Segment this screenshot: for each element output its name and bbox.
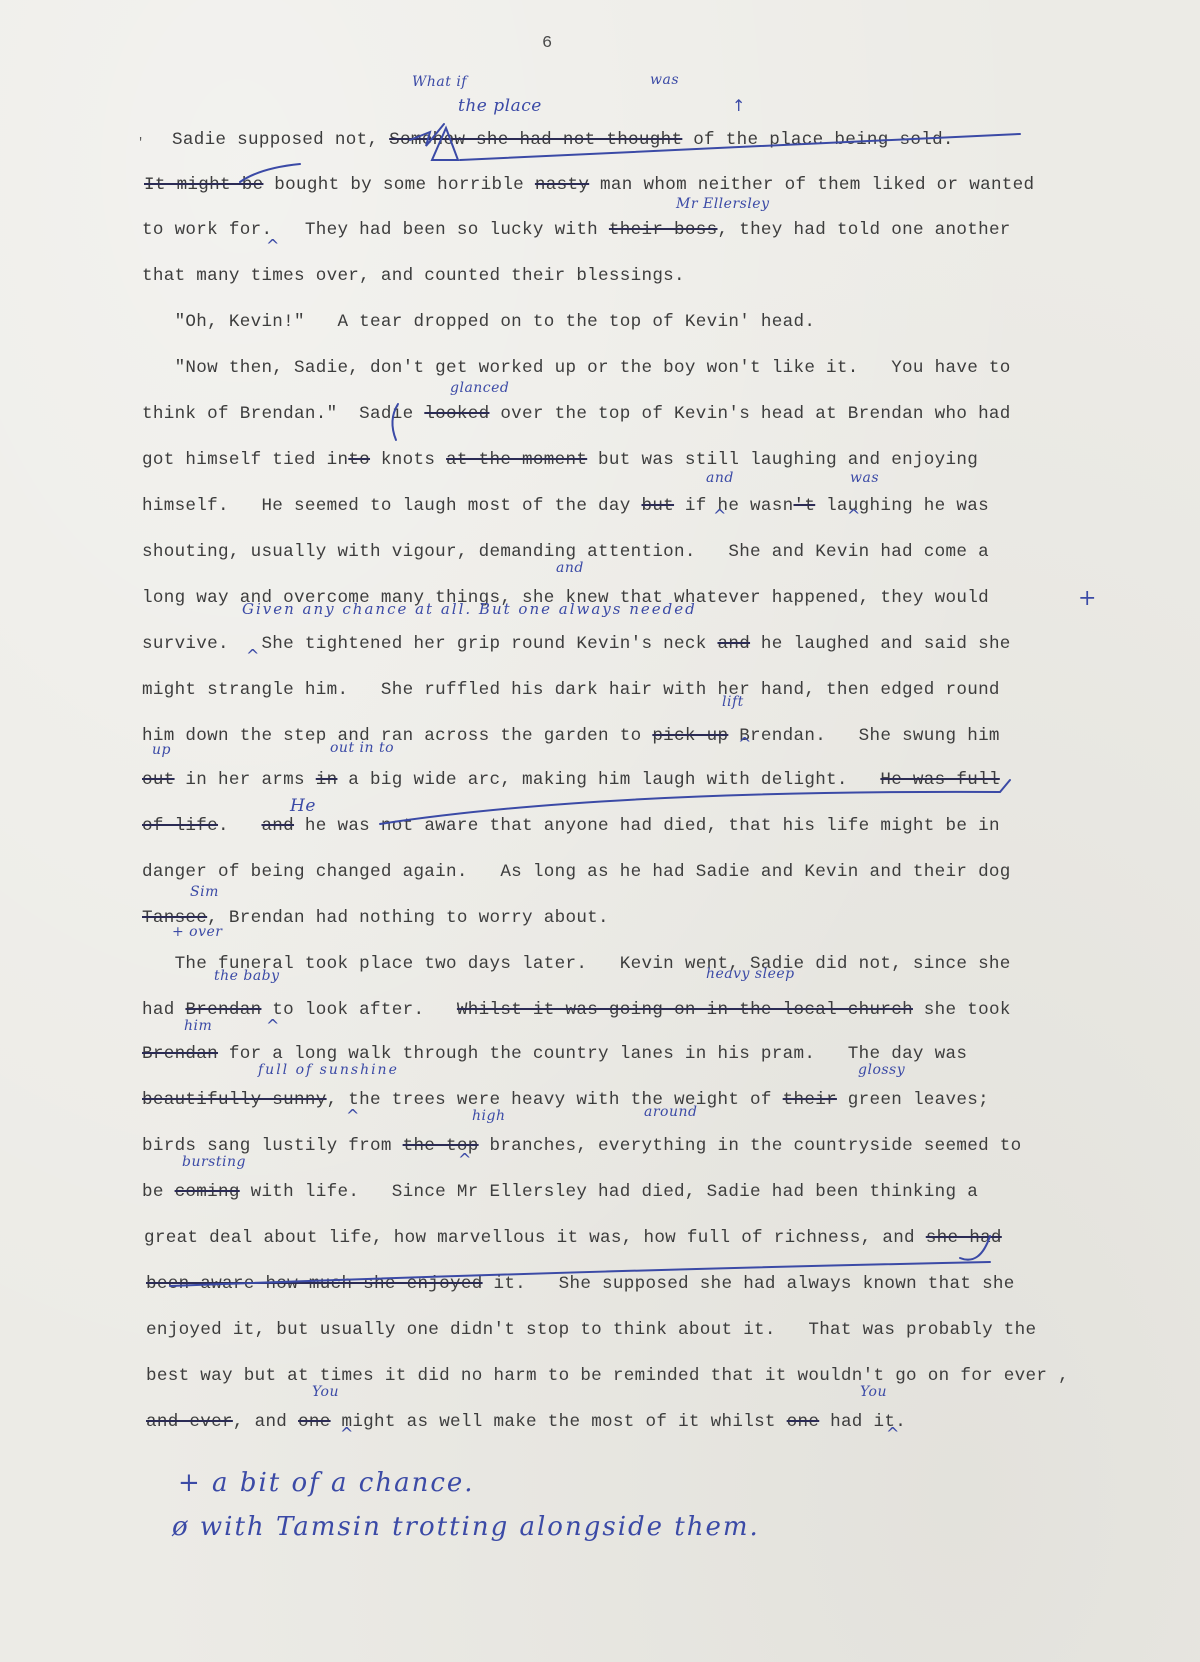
struck-text: one: [787, 1412, 820, 1432]
typed-text: "Now then, Sadie, don't get worked up or…: [142, 358, 1011, 378]
caret-icon: ^: [266, 236, 279, 255]
typed-text: be: [142, 1182, 175, 1202]
annotation-glossy: glossy: [858, 1062, 905, 1078]
typed-line: himself. He seemed to laugh most of the …: [142, 496, 989, 516]
struck-text: out: [142, 770, 175, 790]
typed-line: him down the step and ran across the gar…: [142, 726, 1000, 746]
typed-text: if he wasn: [674, 496, 793, 516]
typed-line: and ever, and one might as well make the…: [146, 1412, 906, 1432]
footnote-tamsin: ø with Tamsin trotting alongside them.: [172, 1512, 760, 1542]
typed-line: be coming with life. Since Mr Ellersley …: [142, 1182, 978, 1202]
caret-icon: ↑: [732, 96, 745, 115]
typed-text: birds sang lustily from: [142, 1136, 403, 1156]
struck-text: 't: [794, 496, 816, 516]
typed-text: for a long walk through the country lane…: [218, 1044, 967, 1064]
annotation-heavy-sleep: heavy sleep: [706, 966, 795, 982]
struck-text: in: [316, 770, 338, 790]
typed-text: might strangle him. She ruffled his dark…: [142, 680, 1000, 700]
caret-icon: ^: [266, 1016, 279, 1035]
caret-icon: ^: [246, 646, 259, 665]
typed-line: enjoyed it, but usually one didn't stop …: [146, 1320, 1036, 1340]
struck-text: and: [261, 816, 294, 836]
annotation-was-1: was: [850, 470, 879, 486]
typed-line: might strangle him. She ruffled his dark…: [142, 680, 1000, 700]
typed-text: think of Brendan." Sadie: [142, 404, 424, 424]
annotation-around: around: [644, 1104, 697, 1120]
struck-text: He was full: [880, 770, 999, 790]
typed-text: it. She supposed she had always known th…: [483, 1274, 1015, 1294]
annotation-what-if: What if: [412, 74, 467, 90]
typed-line: Sadie supposed not, Somehow she had not …: [172, 130, 954, 150]
annotation-you-2: You: [860, 1384, 887, 1400]
typed-line: great deal about life, how marvellous it…: [144, 1228, 1002, 1248]
typed-text: got himself tied in: [142, 450, 348, 470]
typed-text: with life. Since Mr Ellersley had died, …: [240, 1182, 978, 1202]
typed-text: he was not aware that anyone had died, t…: [294, 816, 1000, 836]
annotation-plus-1: +: [1078, 586, 1097, 611]
annotation-the-baby: the baby: [214, 968, 280, 984]
typed-text: in her arms: [175, 770, 316, 790]
annotation-you-1: You: [312, 1384, 339, 1400]
page-number: 6: [542, 34, 552, 53]
struck-text: Somehow she had not thought: [389, 130, 682, 150]
typed-line: birds sang lustily from the top branches…: [142, 1136, 1022, 1156]
annotation-lift: lift: [722, 694, 744, 710]
annotation-out-in-to: out in to: [330, 740, 394, 756]
struck-text: Brendan: [185, 1000, 261, 1020]
typed-text: shouting, usually with vigour, demanding…: [142, 542, 989, 562]
typed-text: branches, everything in the countryside …: [479, 1136, 1022, 1156]
typed-text: bought by some horrible: [263, 175, 534, 195]
typed-text: might as well make the most of it whilst: [331, 1412, 787, 1432]
annotation-high: high: [472, 1108, 505, 1124]
typed-line: shouting, usually with vigour, demanding…: [142, 542, 989, 562]
struck-text: Brendan: [142, 1044, 218, 1064]
margin-tick: ': [137, 136, 144, 150]
struck-text: at the moment: [446, 450, 587, 470]
typed-line: think of Brendan." Sadie looked over the…: [142, 404, 1011, 424]
typed-text: knots: [370, 450, 446, 470]
typed-text: ,: [367, 130, 389, 150]
typed-text: enjoyed it, but usually one didn't stop …: [146, 1320, 1036, 1340]
annotation-glanced: glanced: [450, 380, 509, 396]
annotation-plus-over: + over: [172, 924, 223, 940]
typed-text: but was still laughing and enjoying: [587, 450, 978, 470]
typed-text: survive. She tightened her grip round Ke…: [142, 634, 717, 654]
caret-icon: ^: [340, 1424, 353, 1443]
struck-text: pick up: [652, 726, 728, 746]
struck-text: been aware how much she enjoyed: [146, 1274, 483, 1294]
typed-line: survive. She tightened her grip round Ke…: [142, 634, 1011, 654]
annotation-up: up: [152, 742, 171, 758]
annotation-mr-ellersley: Mr Ellersley: [676, 196, 770, 212]
struck-text: looked: [424, 404, 489, 424]
caret-icon: ^: [713, 506, 726, 525]
typed-text: .: [218, 816, 261, 836]
struck-text: coming: [175, 1182, 240, 1202]
typed-line: "Oh, Kevin!" A tear dropped on to the to…: [142, 312, 815, 332]
typed-text: , Brendan had nothing to worry about.: [207, 908, 609, 928]
annotation-bursting: bursting: [182, 1154, 246, 1170]
typed-text: a big wide arc, making him laugh with de…: [337, 770, 880, 790]
struck-text: she had: [926, 1228, 1002, 1248]
struck-text: It might be: [144, 175, 263, 195]
typed-text: danger of being changed again. As long a…: [142, 862, 1011, 882]
typed-text: best way but at times it did no harm to …: [146, 1366, 1069, 1386]
typed-line: been aware how much she enjoyed it. She …: [146, 1274, 1015, 1294]
manuscript-page: 6 ' Sadie supposed not, Somehow she had …: [0, 0, 1200, 1662]
typed-text: , the trees were heavy with the weight o…: [327, 1090, 783, 1110]
typed-text: "Oh, Kevin!" A tear dropped on to the to…: [142, 312, 815, 332]
annotation-the-place: the place: [458, 96, 542, 116]
typed-text: Brendan. She swung him: [728, 726, 999, 746]
typed-text: him down the step and ran across the gar…: [142, 726, 652, 746]
typed-line: got himself tied into knots at the momen…: [142, 450, 978, 470]
typed-line: It might be bought by some horrible nast…: [144, 175, 1034, 195]
typed-text: had: [142, 1000, 185, 1020]
caret-icon: ^: [458, 1150, 471, 1169]
typed-line: danger of being changed again. As long a…: [142, 862, 1011, 882]
typed-text: , and: [233, 1412, 298, 1432]
typed-text: to work for. They had been so lucky with: [142, 220, 609, 240]
typed-text: she took: [913, 1000, 1011, 1020]
typed-line: best way but at times it did no harm to …: [146, 1366, 1069, 1386]
caret-icon: ^: [346, 1106, 359, 1125]
typed-line: out in her arms in a big wide arc, makin…: [142, 770, 1000, 790]
caret-icon: ^: [738, 734, 751, 753]
struck-text: their boss: [609, 220, 718, 240]
typed-line: of life. and he was not aware that anyon…: [142, 816, 1000, 836]
annotation-full-of-sunshine: full of sunshine: [258, 1062, 399, 1078]
typed-line: that many times over, and counted their …: [142, 266, 685, 286]
struck-text: Whilst it was going on in the local chur…: [457, 1000, 913, 1020]
footnote-chance: + a bit of a chance.: [178, 1468, 475, 1498]
annotation-he: He: [290, 796, 316, 816]
typed-text: , they had told one another: [718, 220, 1011, 240]
annotation-was: was: [650, 72, 679, 88]
typed-text: to look after.: [261, 1000, 456, 1020]
annotation-and-1: and: [706, 470, 734, 486]
struck-text: one: [298, 1412, 331, 1432]
struck-text: and ever: [146, 1412, 233, 1432]
typed-line: Brendan for a long walk through the coun…: [142, 1044, 967, 1064]
annotation-given-any-chance: Given any chance at all. But one always …: [242, 600, 697, 618]
struck-text: to: [348, 450, 370, 470]
typed-text: over the top of Kevin's head at Brendan …: [489, 404, 1010, 424]
annotation-him: him: [184, 1018, 212, 1034]
struck-text: of life: [142, 816, 218, 836]
typed-text: great deal about life, how marvellous it…: [144, 1228, 926, 1248]
typed-text: of the place being sold.: [682, 130, 953, 150]
typed-line: "Now then, Sadie, don't get worked up or…: [142, 358, 1011, 378]
typed-text: Sadie supposed not: [172, 130, 367, 150]
struck-text: but: [641, 496, 674, 516]
struck-text: nasty: [535, 175, 589, 195]
typed-text: he laughed and said she: [750, 634, 1011, 654]
struck-text: and: [717, 634, 750, 654]
typed-text: laughing he was: [815, 496, 989, 516]
struck-text: beautifully sunny: [142, 1090, 327, 1110]
typed-text: man whom neither of them liked or wanted: [589, 175, 1034, 195]
caret-icon: ^: [886, 1424, 899, 1443]
typed-text: that many times over, and counted their …: [142, 266, 685, 286]
annotation-sim: Sim: [190, 884, 219, 900]
typed-line: beautifully sunny, the trees were heavy …: [142, 1090, 989, 1110]
annotation-and-2: and: [556, 560, 584, 576]
caret-icon: ^: [847, 506, 860, 525]
typed-text: himself. He seemed to laugh most of the …: [142, 496, 641, 516]
typed-text: green leaves;: [837, 1090, 989, 1110]
struck-text: their: [783, 1090, 837, 1110]
